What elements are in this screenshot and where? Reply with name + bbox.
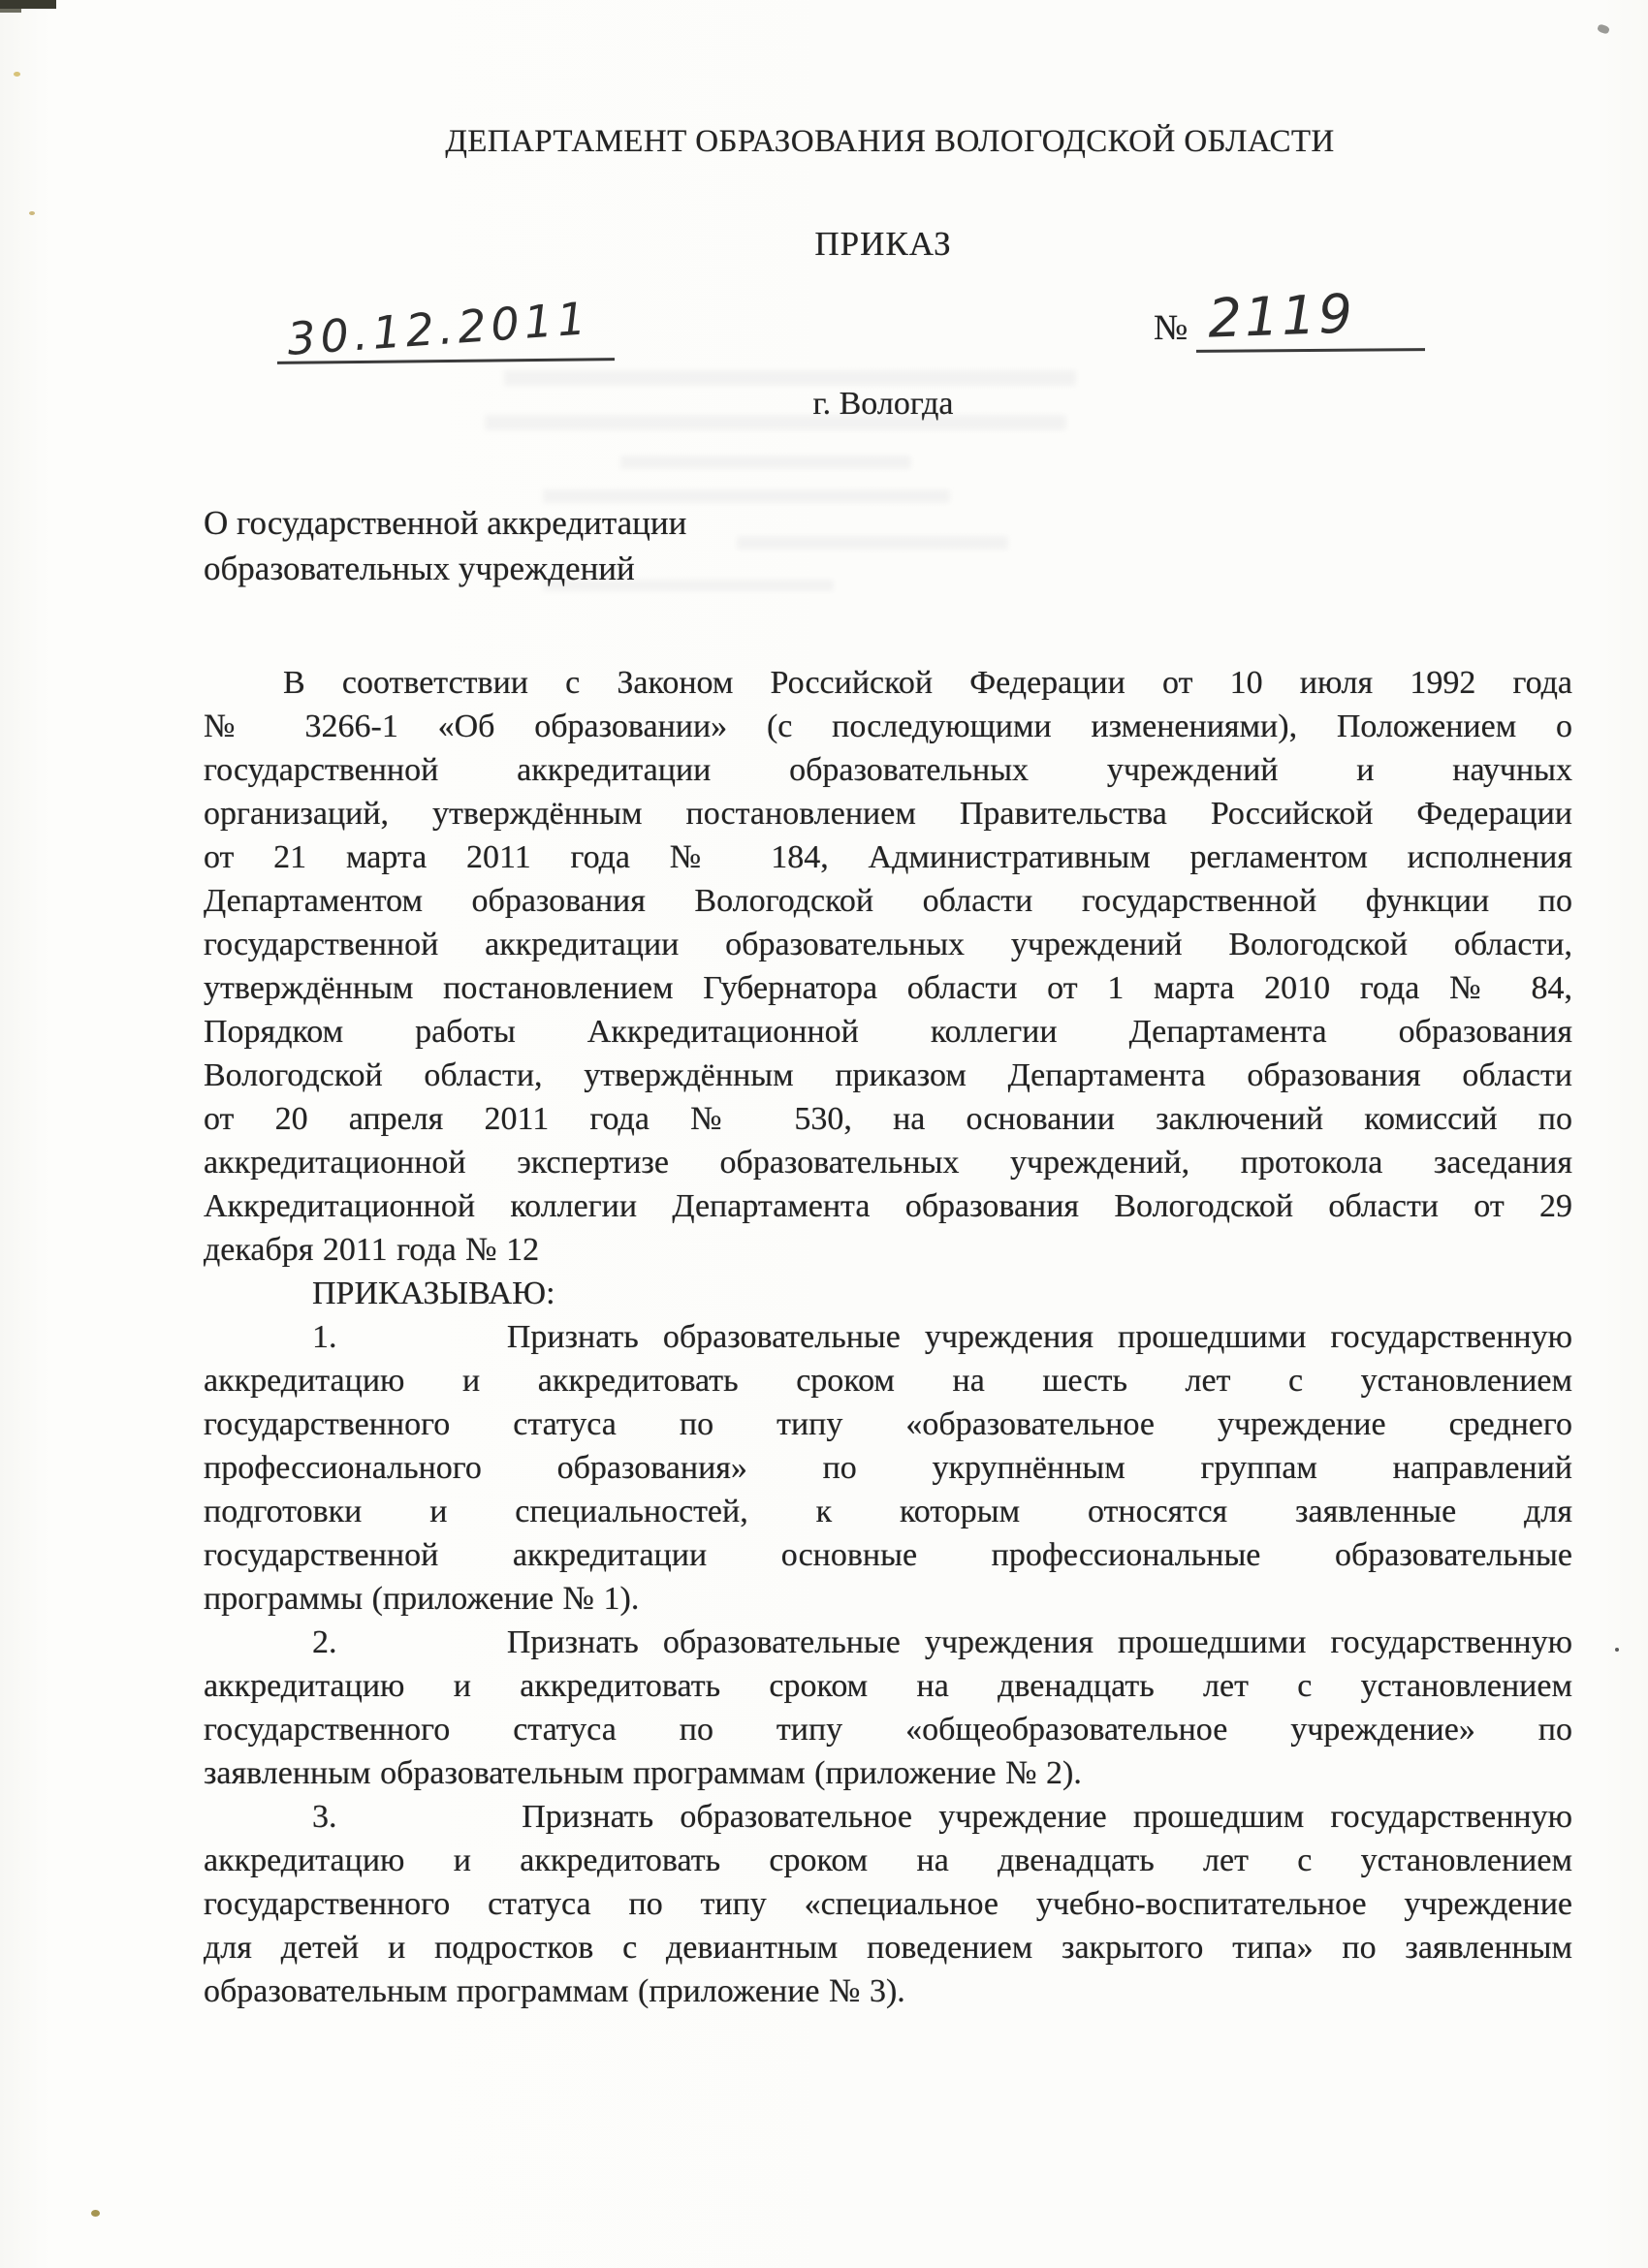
text-line: аккредитацию и аккредитовать сроком на д… <box>204 1664 1572 1708</box>
text-line: О государственной аккредитации <box>204 500 882 546</box>
text-line: подготовки и специальностей, к которым о… <box>204 1490 1572 1533</box>
text-line: для детей и подростков с девиантным пове… <box>204 1926 1572 1969</box>
text-line: профессионального образования» по укрупн… <box>204 1446 1572 1490</box>
text-line: утверждённым постановлением Губернатора … <box>204 966 1572 1010</box>
order-item-2: 2. Признать образовательные учреждения п… <box>204 1621 1572 1795</box>
scan-speck <box>1597 23 1610 35</box>
text-line: заявленным образовательным программам (п… <box>204 1751 1572 1795</box>
number-underline <box>1196 348 1425 353</box>
text-line: образовательным программам (приложение №… <box>204 1969 1572 2013</box>
text-line: аккредитацию и аккредитовать сроком на д… <box>204 1839 1572 1882</box>
intro-paragraph: В соответствии с Законом Российской Феде… <box>204 661 1572 1272</box>
text-line: от 20 апреля 2011 года № 530, на основан… <box>204 1097 1572 1141</box>
text-line: декабря 2011 года № 12 <box>204 1228 1572 1272</box>
text-line: ПРИКАЗЫВАЮ: <box>204 1272 1572 1315</box>
text-line: 1. Признать образовательные учреждения п… <box>204 1315 1572 1359</box>
text-line: государственной аккредитации образовател… <box>204 748 1572 792</box>
text-line: государственной аккредитации образовател… <box>204 923 1572 966</box>
text-line: образовательных учреждений <box>204 546 882 591</box>
scan-speck <box>1615 1648 1619 1652</box>
order-item-1: 1. Признать образовательные учреждения п… <box>204 1315 1572 1621</box>
document-type-title: ПРИКАЗ <box>0 225 1648 264</box>
order-item-3: 3. Признать образовательное учреждение п… <box>204 1795 1572 2013</box>
text-line: программы (приложение № 1). <box>204 1577 1572 1621</box>
text-line: Порядком работы Аккредитационной коллеги… <box>204 1010 1572 1054</box>
text-line: 2. Признать образовательные учреждения п… <box>204 1621 1572 1664</box>
text-line: Департаментом образования Вологодской об… <box>204 879 1572 923</box>
text-line: государственного статуса по типу «специа… <box>204 1882 1572 1926</box>
text-line: Вологодской области, утверждённым приказ… <box>204 1054 1572 1097</box>
text-line: государственного статуса по типу «общеоб… <box>204 1708 1572 1751</box>
bleed-through-ghost-text <box>504 370 1076 386</box>
scan-artifact-corner-edge <box>0 9 21 13</box>
text-line: организаций, утверждённым постановлением… <box>204 792 1572 835</box>
subject-block: О государственной аккредитацииобразовате… <box>204 500 882 591</box>
text-line: № 3266-1 «Об образовании» (с последующим… <box>204 705 1572 748</box>
bleed-through-ghost-text <box>620 456 911 469</box>
scan-artifact-corner <box>0 0 56 9</box>
text-line: аккредитационной экспертизе образователь… <box>204 1141 1572 1184</box>
text-line: В соответствии с Законом Российской Феде… <box>204 661 1572 705</box>
scan-speck <box>91 2210 100 2217</box>
document-body: В соответствии с Законом Российской Феде… <box>204 661 1572 2013</box>
handwritten-order-number: 2119 <box>1207 282 1356 349</box>
handwritten-date: 30.12.2011 <box>285 292 591 365</box>
organization-name: ДЕПАРТАМЕНТ ОБРАЗОВАНИЯ ВОЛОГОДСКОЙ ОБЛА… <box>0 124 1648 160</box>
scanned-order-page: ДЕПАРТАМЕНТ ОБРАЗОВАНИЯ ВОЛОГОДСКОЙ ОБЛА… <box>0 0 1648 2268</box>
decree-word: ПРИКАЗЫВАЮ: <box>204 1272 1572 1315</box>
number-sign: № <box>1154 307 1188 349</box>
text-line: от 21 марта 2011 года № 184, Администрат… <box>204 835 1572 879</box>
text-line: 3. Признать образовательное учреждение п… <box>204 1795 1572 1839</box>
scan-speck <box>14 72 20 77</box>
text-line: государственного статуса по типу «образо… <box>204 1402 1572 1446</box>
city-line: г. Вологда <box>0 386 1648 423</box>
text-line: государственной аккредитации основные пр… <box>204 1533 1572 1577</box>
scan-speck <box>29 211 35 215</box>
text-line: Аккредитационной коллегии Департамента о… <box>204 1184 1572 1228</box>
text-line: аккредитацию и аккредитовать сроком на ш… <box>204 1359 1572 1402</box>
